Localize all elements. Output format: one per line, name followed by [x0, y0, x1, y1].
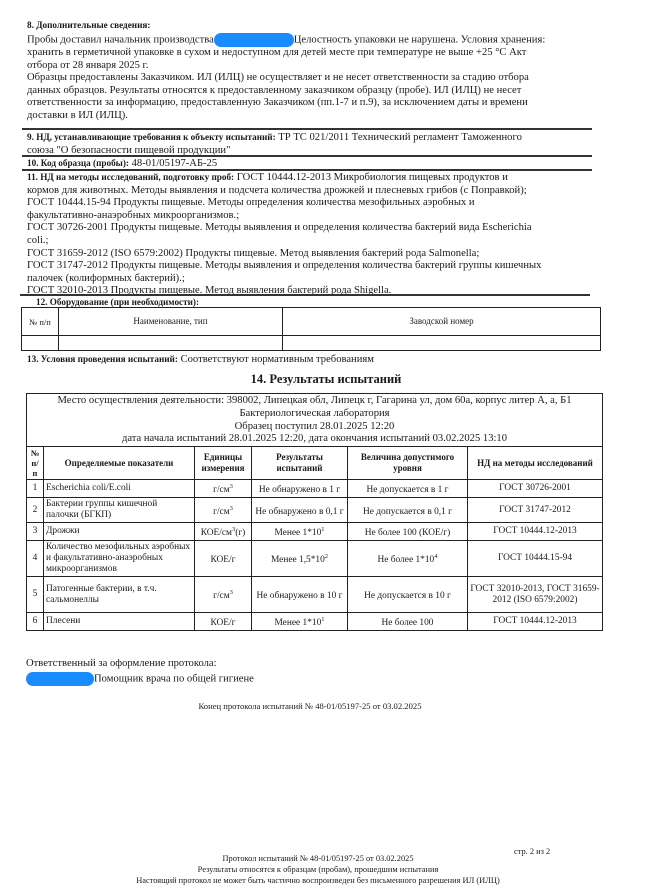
limit-text: Не допускается в 10 г: [364, 591, 451, 601]
row-result: Не обнаружено в 0,1 г: [252, 498, 348, 523]
row-indicator: Escherichia coli/E.coli: [44, 480, 195, 498]
section-8-title: 8. Дополнительные сведения:: [27, 19, 150, 32]
table-row: 6 Плесени КОЕ/г Менее 1*101 Не более 100…: [27, 613, 603, 631]
unit-text: г/см: [213, 591, 230, 601]
unit-text: г/см: [213, 507, 230, 517]
section-11-line: ГОСТ 10444.15-94 Продукты пищевые. Метод…: [27, 197, 627, 210]
section-11-line: палочек (колиформных бактерий).;: [27, 273, 627, 286]
unit-text: КОЕ/г: [211, 555, 236, 565]
col-num: № п/п: [27, 447, 44, 480]
limit-text: Не допускается в 1 г: [366, 485, 448, 495]
responsible-label: Ответственный за оформление протокола:: [26, 658, 217, 671]
test-conditions: Соответствуют нормативным требованиям: [178, 354, 374, 365]
section-11-label: 11. НД на методы исследований, подготовк…: [27, 172, 234, 182]
row-method: ГОСТ 10444.15-94: [468, 541, 603, 577]
section-10-label: 10. Код образца (пробы):: [27, 158, 129, 168]
table-row: 4 Количество мезофильных аэробных и факу…: [27, 541, 603, 577]
responsible-position: Помощник врача по общей гигиене: [94, 673, 254, 684]
limit-text: Не допускается в 0,1 г: [363, 507, 452, 517]
section-11-line: факультативно-анаэробных микроорганизмов…: [27, 210, 627, 223]
unit-sup: 3: [230, 505, 233, 512]
section-8-line7: доставки в ИЛ (ИЛЦ).: [27, 110, 627, 123]
row-result: Не обнаружено в 10 г: [252, 577, 348, 613]
responsible-line: Помощник врача по общей гигиене: [26, 672, 254, 686]
section-13-label: 13. Условия проведения испытаний:: [27, 354, 178, 364]
row-limit: Не допускается в 10 г: [348, 577, 468, 613]
footer-line2: Результаты относятся к образцам (пробам)…: [0, 864, 636, 875]
col-limit: Величина допустимого уровня: [348, 447, 468, 480]
limit-text: Не более 100: [381, 618, 433, 628]
row-num: 5: [27, 577, 44, 613]
empty-cell: [22, 336, 59, 351]
unit-text: КОЕ/см: [201, 528, 232, 538]
section-8-line3: отбора от 28 января 2025 г.: [27, 60, 627, 73]
section-8-body: Пробы доставил начальник производстваЦел…: [27, 33, 627, 123]
row-method: ГОСТ 31747-2012: [468, 498, 603, 523]
row-unit: КОЕ/г: [195, 541, 252, 577]
test-dates: дата начала испытаний 28.01.2025 12:20, …: [27, 433, 602, 446]
limit-text: Не более 1*10: [378, 555, 435, 565]
section-11-line: кормов для животных. Методы выявления и …: [27, 185, 627, 198]
row-result: Менее 1*101: [252, 523, 348, 541]
redacted-name: [214, 33, 294, 47]
footer-line3: Настоящий протокол не может быть частичн…: [0, 875, 636, 886]
equipment-table-header: № п/п Наименование, тип Заводской номер: [22, 308, 601, 336]
col-method: НД на методы исследований: [468, 447, 603, 480]
section-8-line1-prefix: Пробы доставил начальник производства: [27, 34, 214, 45]
results-table: № п/п Определяемые показатели Единицы из…: [26, 446, 603, 631]
result-sup: 2: [325, 553, 328, 560]
row-unit: г/см3: [195, 577, 252, 613]
row-result: Не обнаружено в 1 г: [252, 480, 348, 498]
row-indicator: Плесени: [44, 613, 195, 631]
row-method: ГОСТ 30726-2001: [468, 480, 603, 498]
empty-cell: [59, 336, 283, 351]
results-table-header: № п/п Определяемые показатели Единицы из…: [27, 447, 603, 480]
redacted-name: [26, 672, 94, 686]
row-result: Менее 1,5*102: [252, 541, 348, 577]
end-note: Конец протокола испытаний № 48-01/05197-…: [0, 700, 620, 713]
lab-name: Бактериологическая лаборатория: [27, 408, 602, 421]
col-result: Результаты испытаний: [252, 447, 348, 480]
row-limit: Не допускается в 1 г: [348, 480, 468, 498]
col-name: Наименование, тип: [59, 308, 283, 336]
results-title: 14. Результаты испытаний: [0, 373, 652, 386]
unit-sup: 3: [230, 589, 233, 596]
result-text: Менее 1*10: [274, 618, 321, 628]
footer-line1: Протокол испытаний № 48-01/05197-25 от 0…: [0, 853, 636, 864]
row-result: Менее 1*101: [252, 613, 348, 631]
row-unit: г/см3: [195, 498, 252, 523]
row-num: 1: [27, 480, 44, 498]
row-method: ГОСТ 10444.12-2013: [468, 523, 603, 541]
row-limit: Не более 100: [348, 613, 468, 631]
table-row: 1 Escherichia coli/E.coli г/см3 Не обнар…: [27, 480, 603, 498]
row-limit: Не более 1*104: [348, 541, 468, 577]
result-text: Менее 1*10: [274, 528, 321, 538]
section-9: 9. НД, устанавливающие требования к объе…: [27, 131, 627, 157]
section-8-line2: хранить в герметичной упаковке в сухом и…: [27, 47, 627, 60]
section-9-label: 9. НД, устанавливающие требования к объе…: [27, 132, 276, 142]
section-9-value-line1: ТР ТС 021/2011 Технический регламент Там…: [276, 132, 522, 143]
row-indicator: Дрожжи: [44, 523, 195, 541]
unit-sup: 3: [230, 483, 233, 490]
section-11: 11. НД на методы исследований, подготовк…: [27, 171, 627, 298]
divider: [22, 128, 592, 130]
row-indicator: Патогенные бактерии, в т.ч. сальмонеллы: [44, 577, 195, 613]
row-num: 3: [27, 523, 44, 541]
row-limit: Не более 100 (КОЕ/г): [348, 523, 468, 541]
section-11-line: ГОСТ 30726-2001 Продукты пищевые. Методы…: [27, 222, 627, 235]
row-method: ГОСТ 10444.12-2013: [468, 613, 603, 631]
row-unit: КОЕ/г: [195, 613, 252, 631]
result-text: Не обнаружено в 1 г: [259, 485, 340, 495]
section-8-line4: Образцы предоставлены Заказчиком. ИЛ (ИЛ…: [27, 72, 627, 85]
section-8-line1-suffix: Целостность упаковки не нарушена. Услови…: [294, 34, 546, 45]
row-limit: Не допускается в 0,1 г: [348, 498, 468, 523]
limit-sup: 4: [434, 553, 437, 560]
unit-text: г/см: [213, 485, 230, 495]
section-13: 13. Условия проведения испытаний: Соотве…: [27, 353, 374, 367]
row-method: ГОСТ 32010-2013, ГОСТ 31659-2012 (ISO 65…: [468, 577, 603, 613]
limit-text: Не более 100 (КОЕ/г): [365, 528, 451, 538]
table-row: 3 Дрожжи КОЕ/см3(г) Менее 1*101 Не более…: [27, 523, 603, 541]
equipment-empty-row: [22, 336, 601, 351]
sample-received: Образец поступил 28.01.2025 12:20: [27, 421, 602, 434]
section-8-line6: ответственности за информацию, предостав…: [27, 97, 627, 110]
col-num: № п/п: [22, 308, 59, 336]
result-text: Не обнаружено в 0,1 г: [255, 507, 343, 517]
test-location: Место осуществления деятельности: 398002…: [27, 395, 602, 408]
result-text: Менее 1,5*10: [271, 555, 325, 565]
unit-text: КОЕ/г: [211, 618, 236, 628]
section-11-line: coli.;: [27, 235, 627, 248]
row-indicator: Бактерии группы кишечной палочки (БГКП): [44, 498, 195, 523]
result-sup: 1: [321, 616, 324, 623]
sample-code: 48-01/05197-АБ-25: [129, 158, 217, 169]
table-row: 5 Патогенные бактерии, в т.ч. сальмонелл…: [27, 577, 603, 613]
section-11-line: ГОСТ 31659-2012 (ISO 6579:2002) Продукты…: [27, 248, 627, 261]
section-8-line5: данных образцов. Результаты относятся к …: [27, 85, 627, 98]
section-11-line: ГОСТ 10444.12-2013 Микробиология пищевых…: [234, 172, 508, 183]
result-sup: 1: [321, 526, 324, 533]
row-unit: г/см3: [195, 480, 252, 498]
section-11-line: ГОСТ 31747-2012 Продукты пищевые. Методы…: [27, 260, 627, 273]
empty-cell: [283, 336, 601, 351]
results-info-box: Место осуществления деятельности: 398002…: [26, 393, 603, 448]
row-unit: КОЕ/см3(г): [195, 523, 252, 541]
row-indicator: Количество мезофильных аэробных и факуль…: [44, 541, 195, 577]
col-indicator: Определяемые показатели: [44, 447, 195, 480]
unit-tail: (г): [235, 528, 245, 538]
equipment-table: № п/п Наименование, тип Заводской номер: [21, 307, 601, 351]
col-units: Единицы измерения: [195, 447, 252, 480]
result-text: Не обнаружено в 10 г: [257, 591, 343, 601]
table-row: 2 Бактерии группы кишечной палочки (БГКП…: [27, 498, 603, 523]
row-num: 6: [27, 613, 44, 631]
row-num: 4: [27, 541, 44, 577]
row-num: 2: [27, 498, 44, 523]
col-serial: Заводской номер: [283, 308, 601, 336]
